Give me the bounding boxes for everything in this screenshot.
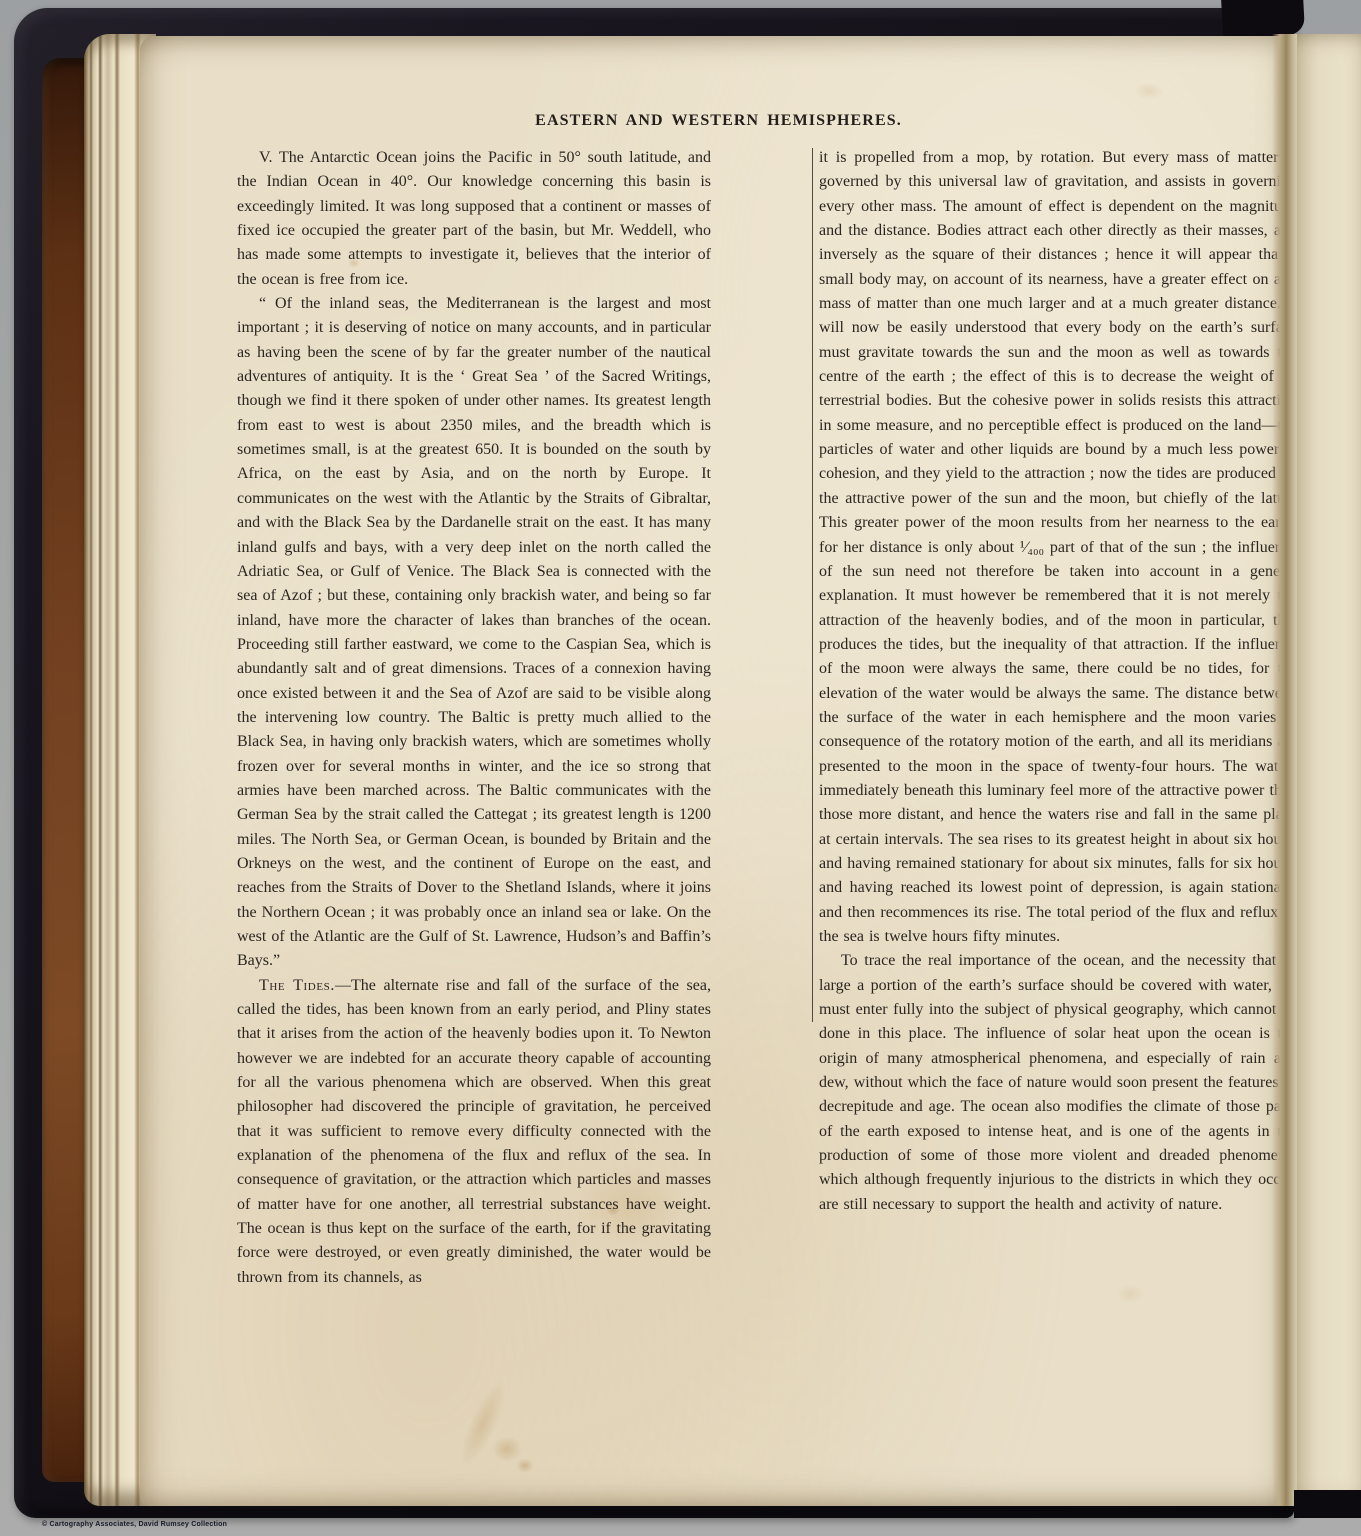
paper-stain — [492, 1436, 522, 1462]
paper-stain — [452, 1375, 515, 1473]
page-title: EASTERN AND WESTERN HEMISPHERES. — [237, 112, 1200, 130]
adjacent-page-edge — [1297, 34, 1361, 1506]
scan-background: { "header": { "title": "EASTERN AND WEST… — [0, 0, 1361, 1536]
book-cover-corner — [1221, 0, 1305, 38]
copyright-footer: © Cartography Associates, David Rumsey C… — [42, 1521, 227, 1528]
book-cover-bottom-edge — [1294, 1490, 1361, 1518]
paper-stain — [1134, 82, 1164, 100]
page-gutter-shadow — [1272, 34, 1298, 1506]
column-divider-rule — [812, 148, 813, 1022]
paper-stain — [1116, 1284, 1144, 1304]
paragraph-gravitation: it is propelled from a mop, by rotation.… — [819, 146, 1297, 949]
paragraph-lead-small-caps: The Tides. — [259, 977, 335, 994]
paragraph-importance-of-ocean: To trace the real importance of the ocea… — [819, 949, 1297, 1217]
paragraph-the-tides-text: —The alternate rise and fall of the surf… — [237, 977, 711, 1286]
paragraph-the-tides: The Tides.—The alternate rise and fall o… — [237, 974, 711, 1290]
paragraph-inland-seas: “ Of the inland seas, the Mediterranean … — [237, 292, 711, 974]
book-page: EASTERN AND WESTERN HEMISPHERES. V. The … — [140, 36, 1286, 1506]
text-column-right: it is propelled from a mop, by rotation.… — [819, 146, 1297, 1217]
paragraph-antarctic-ocean: V. The Antarctic Ocean joins the Pacific… — [237, 146, 711, 292]
text-column-left: V. The Antarctic Ocean joins the Pacific… — [237, 146, 711, 1290]
paper-stain — [516, 1458, 534, 1473]
